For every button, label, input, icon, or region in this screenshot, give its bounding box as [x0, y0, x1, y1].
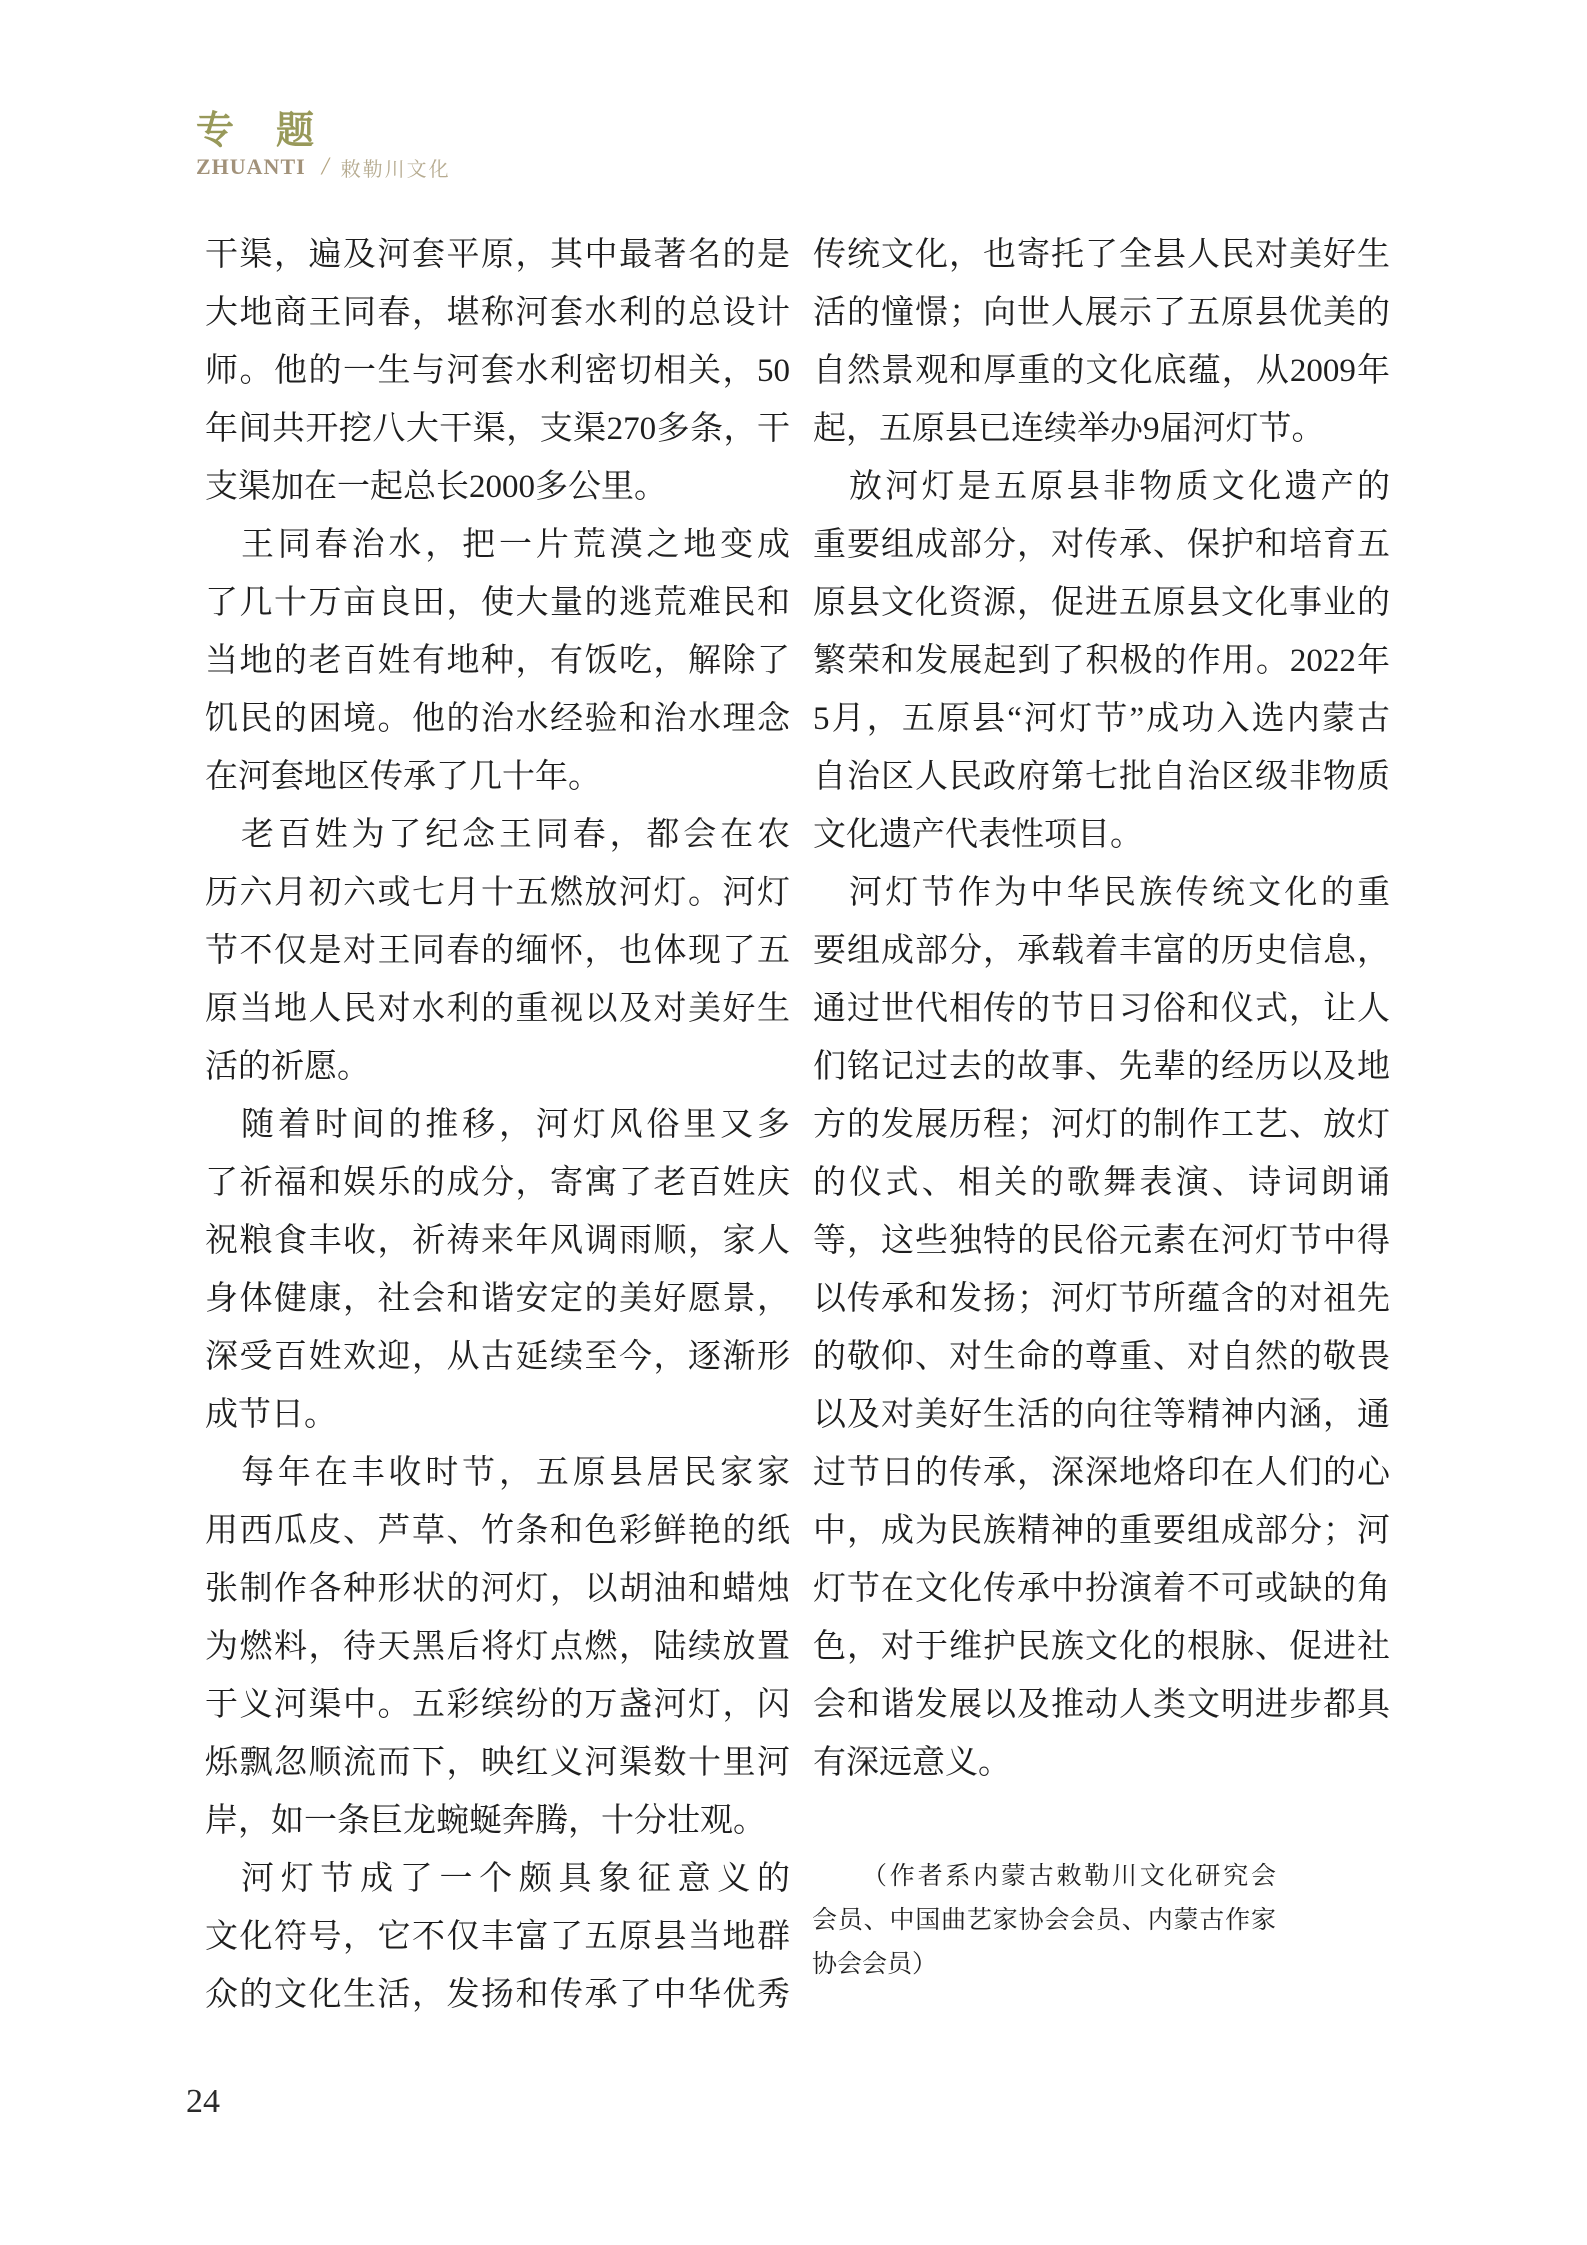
text-line: 以传承和发扬；河灯节所蕴含的对祖先: [813, 1270, 1390, 1328]
section-subtitle: ZHUANTI / 敕勒川文化: [196, 153, 451, 181]
text-line: 繁荣和发展起到了积极的作用。2022年: [813, 632, 1390, 690]
text-line: 节不仅是对王同春的缅怀，也体现了五: [205, 922, 790, 980]
text-line: 以及对美好生活的向往等精神内涵，通: [813, 1386, 1390, 1444]
text-line: 历六月初六或七月十五燃放河灯。河灯: [205, 864, 790, 922]
text-line: 成节日。: [205, 1386, 790, 1444]
text-line: 在河套地区传承了几十年。: [205, 748, 790, 806]
text-line: 身体健康，社会和谐安定的美好愿景，: [205, 1270, 790, 1328]
author-note-line: 协会会员）: [812, 1943, 1276, 1987]
text-line: 大地商王同春，堪称河套水利的总设计: [205, 284, 790, 342]
text-line: 了几十万亩良田，使大量的逃荒难民和: [205, 574, 790, 632]
text-line: 文化遗产代表性项目。: [813, 806, 1390, 864]
text-line: 活的憧憬；向世人展示了五原县优美的: [813, 284, 1390, 342]
text-line: 过节日的传承，深深地烙印在人们的心: [813, 1444, 1390, 1502]
text-line: 了祈福和娱乐的成分，寄寓了老百姓庆: [205, 1154, 790, 1212]
text-line: 干渠，遍及河套平原，其中最著名的是: [205, 226, 790, 284]
text-line: 年间共开挖八大干渠，支渠270多条，干: [205, 400, 790, 458]
text-line: 烁飘忽顺流而下，映红义河渠数十里河: [205, 1734, 790, 1792]
text-line: 们铭记过去的故事、先辈的经历以及地: [813, 1038, 1390, 1096]
text-line: 放河灯是五原县非物质文化遗产的: [813, 458, 1390, 516]
text-line: 岸，如一条巨龙蜿蜒奔腾，十分壮观。: [205, 1792, 790, 1850]
text-line: 每年在丰收时节，五原县居民家家: [205, 1444, 790, 1502]
text-line: 通过世代相传的节日习俗和仪式，让人: [813, 980, 1390, 1038]
section-subtitle-cn: 敕勒川文化: [341, 153, 451, 182]
section-subtitle-latin: ZHUANTI: [196, 154, 306, 180]
text-line: 的仪式、相关的歌舞表演、诗词朗诵: [813, 1154, 1390, 1212]
text-line: 原县文化资源，促进五原县文化事业的: [813, 574, 1390, 632]
text-line: 河灯节作为中华民族传统文化的重: [813, 864, 1390, 922]
author-note-line: 会员、中国曲艺家协会会员、内蒙古作家: [812, 1899, 1276, 1943]
text-line: 众的文化生活，发扬和传承了中华优秀: [205, 1966, 790, 2024]
author-note-line: （作者系内蒙古敕勒川文化研究会: [812, 1855, 1276, 1899]
text-line: 支渠加在一起总长2000多公里。: [205, 458, 790, 516]
text-line: 自然景观和厚重的文化底蕴，从2009年: [813, 342, 1390, 400]
text-line: 原当地人民对水利的重视以及对美好生: [205, 980, 790, 1038]
text-line: 的敬仰、对生命的尊重、对自然的敬畏: [813, 1328, 1390, 1386]
text-line: 祝粮食丰收，祈祷来年风调雨顺，家人: [205, 1212, 790, 1270]
text-line: 传统文化，也寄托了全县人民对美好生: [813, 226, 1390, 284]
text-line: 当地的老百姓有地种，有饭吃，解除了: [205, 632, 790, 690]
text-line: 师。他的一生与河套水利密切相关，50: [205, 342, 790, 400]
text-line: 于义河渠中。五彩缤纷的万盏河灯，闪: [205, 1676, 790, 1734]
text-line: 起，五原县已连续举办9届河灯节。: [813, 400, 1390, 458]
text-line: 王同春治水，把一片荒漠之地变成: [205, 516, 790, 574]
text-line: 深受百姓欢迎，从古延续至今，逐渐形: [205, 1328, 790, 1386]
text-line: 张制作各种形状的河灯，以胡油和蜡烛: [205, 1560, 790, 1618]
text-column-right: 传统文化，也寄托了全县人民对美好生活的憧憬；向世人展示了五原县优美的自然景观和厚…: [813, 226, 1390, 1792]
text-line: 方的发展历程；河灯的制作工艺、放灯: [813, 1096, 1390, 1154]
text-line: 有深远意义。: [813, 1734, 1390, 1792]
section-title: 专题: [196, 110, 356, 152]
text-line: 等，这些独特的民俗元素在河灯节中得: [813, 1212, 1390, 1270]
subtitle-separator: /: [322, 153, 329, 181]
page-number: 24: [186, 2080, 220, 2124]
text-line: 色，对于维护民族文化的根脉、促进社: [813, 1618, 1390, 1676]
text-line: 用西瓜皮、芦草、竹条和色彩鲜艳的纸: [205, 1502, 790, 1560]
text-line: 文化符号，它不仅丰富了五原县当地群: [205, 1908, 790, 1966]
text-line: 中，成为民族精神的重要组成部分；河: [813, 1502, 1390, 1560]
text-line: 活的祈愿。: [205, 1038, 790, 1096]
text-line: 饥民的困境。他的治水经验和治水理念: [205, 690, 790, 748]
text-line: 为燃料，待天黑后将灯点燃，陆续放置: [205, 1618, 790, 1676]
text-column-left: 干渠，遍及河套平原，其中最著名的是大地商王同春，堪称河套水利的总设计师。他的一生…: [205, 226, 790, 2024]
magazine-page: 专题 ZHUANTI / 敕勒川文化 干渠，遍及河套平原，其中最著名的是大地商王…: [0, 0, 1587, 2245]
text-line: 河灯节成了一个颇具象征意义的: [205, 1850, 790, 1908]
text-line: 灯节在文化传承中扮演着不可或缺的角: [813, 1560, 1390, 1618]
text-line: 重要组成部分，对传承、保护和培育五: [813, 516, 1390, 574]
text-line: 要组成部分，承载着丰富的历史信息，: [813, 922, 1390, 980]
text-line: 5月，五原县“河灯节”成功入选内蒙古: [813, 690, 1390, 748]
text-line: 自治区人民政府第七批自治区级非物质: [813, 748, 1390, 806]
text-line: 随着时间的推移，河灯风俗里又多: [205, 1096, 790, 1154]
author-note: （作者系内蒙古敕勒川文化研究会会员、中国曲艺家协会会员、内蒙古作家协会会员）: [812, 1855, 1276, 1987]
text-line: 老百姓为了纪念王同春，都会在农: [205, 806, 790, 864]
text-line: 会和谐发展以及推动人类文明进步都具: [813, 1676, 1390, 1734]
